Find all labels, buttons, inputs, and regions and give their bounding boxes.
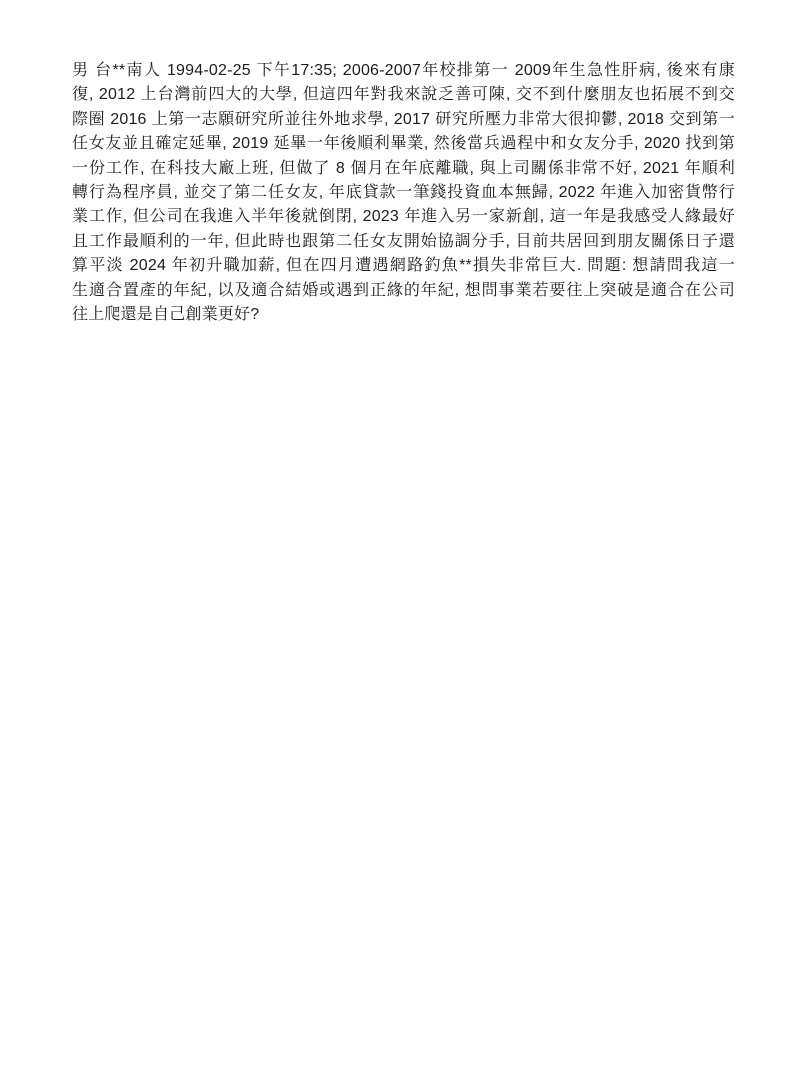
text-line: 復, 2012 上台灣前四大的大學, 但這四年對我來說乏善可陳, 交不到什麼朋友…: [72, 83, 735, 107]
text-line: 往上爬還是自己創業更好?: [72, 303, 735, 327]
document-page: 男 台**南人 1994-02-25 下午17:35; 2006-2007年校排…: [0, 0, 804, 1085]
text-line: 男 台**南人 1994-02-25 下午17:35; 2006-2007年校排…: [72, 59, 735, 83]
text-line: 轉行為程序員, 並交了第二任女友, 年底貸款一筆錢投資血本無歸, 2022 年進…: [72, 181, 735, 205]
paragraph: 男 台**南人 1994-02-25 下午17:35; 2006-2007年校排…: [72, 59, 735, 327]
text-line: 任女友並且確定延畢, 2019 延畢一年後順利畢業, 然後當兵過程中和女友分手,…: [72, 132, 735, 156]
text-line: 際圈 2016 上第一志願研究所並往外地求學, 2017 研究所壓力非常大很抑鬱…: [72, 108, 735, 132]
text-line: 一份工作, 在科技大廠上班, 但做了 8 個月在年底離職, 與上司關係非常不好,…: [72, 157, 735, 181]
text-line: 生適合置產的年紀, 以及適合結婚或遇到正緣的年紀, 想問事業若要往上突破是適合在…: [72, 279, 735, 303]
text-line: 且工作最順利的一年, 但此時也跟第二任女友開始協調分手, 目前共居回到朋友關係日…: [72, 230, 735, 254]
text-line: 業工作, 但公司在我進入半年後就倒閉, 2023 年進入另一家新創, 這一年是我…: [72, 205, 735, 229]
text-line: 算平淡 2024 年初升職加薪, 但在四月遭遇網路釣魚**損失非常巨大. 問題:…: [72, 254, 735, 278]
